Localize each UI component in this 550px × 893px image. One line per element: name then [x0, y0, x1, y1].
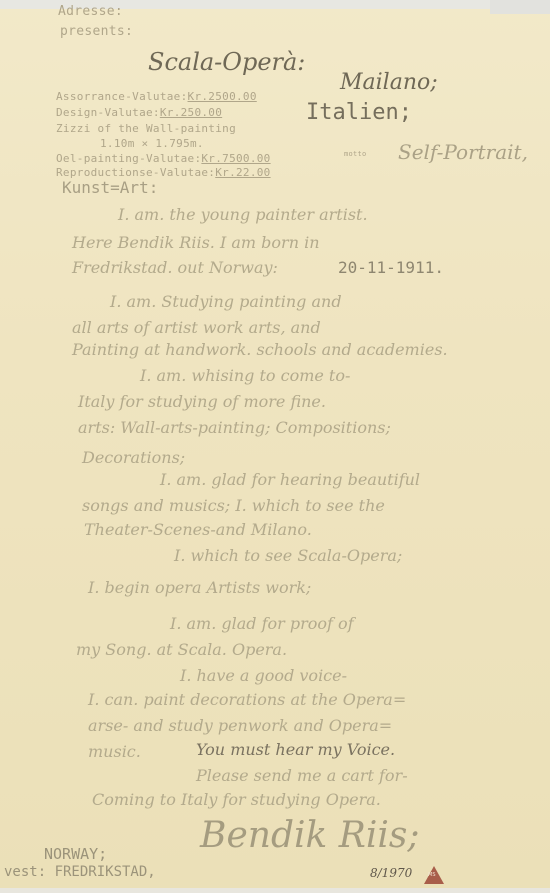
scala-opera-title: Scala-Operà:	[148, 48, 305, 76]
bottom-mount-strip	[0, 888, 550, 893]
letter-page: Adresse: presents: Scala-Operà: Mailano;…	[0, 0, 550, 893]
adresse-label: Adresse:	[58, 4, 123, 19]
body-line: I. can. paint decorations at the Opera=	[88, 690, 406, 709]
country-title: Italien;	[306, 100, 412, 125]
kunst-art-heading: Kunst=Art:	[62, 178, 158, 197]
body-line: I. have a good voice-	[180, 666, 347, 685]
valuation-line: Oel-painting-Valutae:Kr.7500.00	[56, 152, 271, 165]
body-line: Coming to Italy for studying Opera.	[92, 790, 381, 809]
valuation-line: Assorrance-Valutae:Kr.2500.00	[56, 90, 257, 103]
body-line: songs and musics; I. which to see the	[82, 496, 385, 515]
self-portrait-title: Self-Portrait,	[398, 140, 528, 164]
motto-small: motto	[344, 150, 367, 158]
emphasis-line: You must hear my Voice.	[196, 740, 395, 759]
footer-city: vest: FREDRIKSTAD,	[4, 864, 156, 880]
body-line: I. am. glad for proof of	[170, 614, 354, 633]
body-line: Here Bendik Riis. I am born in	[72, 233, 320, 252]
valuation-line: Design-Valutae:Kr.250.00	[56, 106, 222, 119]
body-line: Italy for studying of more fine.	[78, 392, 326, 411]
valuation-line: 1.10m × 1.795m.	[100, 137, 204, 150]
body-line: arts: Wall-arts-painting; Compositions;	[78, 418, 391, 437]
presents-label: presents:	[60, 24, 133, 39]
ms-stamp-icon: MS	[424, 866, 444, 884]
body-line: I. am. Studying painting and	[110, 292, 342, 311]
body-line: I. am. whising to come to-	[140, 366, 350, 385]
body-line: Please send me a cart for-	[196, 766, 408, 785]
body-line: I. am. the young painter artist.	[118, 205, 368, 224]
body-line: I. which to see Scala-Opera;	[174, 546, 402, 565]
body-line: Theater-Scenes-and Milano.	[84, 520, 312, 539]
body-line: music.	[88, 742, 141, 761]
signature: Bendik Riis;	[200, 815, 420, 856]
body-line: I. begin opera Artists work;	[88, 578, 311, 597]
body-line: I. am. glad for hearing beautiful	[160, 470, 420, 489]
body-line: Decorations;	[82, 448, 185, 467]
body-line: Fredrikstad. out Norway:	[72, 258, 278, 277]
body-line: Painting at handwork. schools and academ…	[72, 340, 448, 359]
body-line: my Song. at Scala. Opera.	[76, 640, 287, 659]
archive-number: 8/1970	[370, 866, 412, 880]
body-line: arse- and study penwork and Opera=	[88, 716, 392, 735]
city-title: Mailano;	[340, 70, 438, 95]
footer-country: NORWAY;	[44, 845, 107, 863]
birth-date: 20-11-1911.	[338, 258, 444, 277]
body-line: all arts of artist work arts, and	[72, 318, 321, 337]
valuation-line: Zizzi of the Wall-painting	[56, 122, 236, 135]
